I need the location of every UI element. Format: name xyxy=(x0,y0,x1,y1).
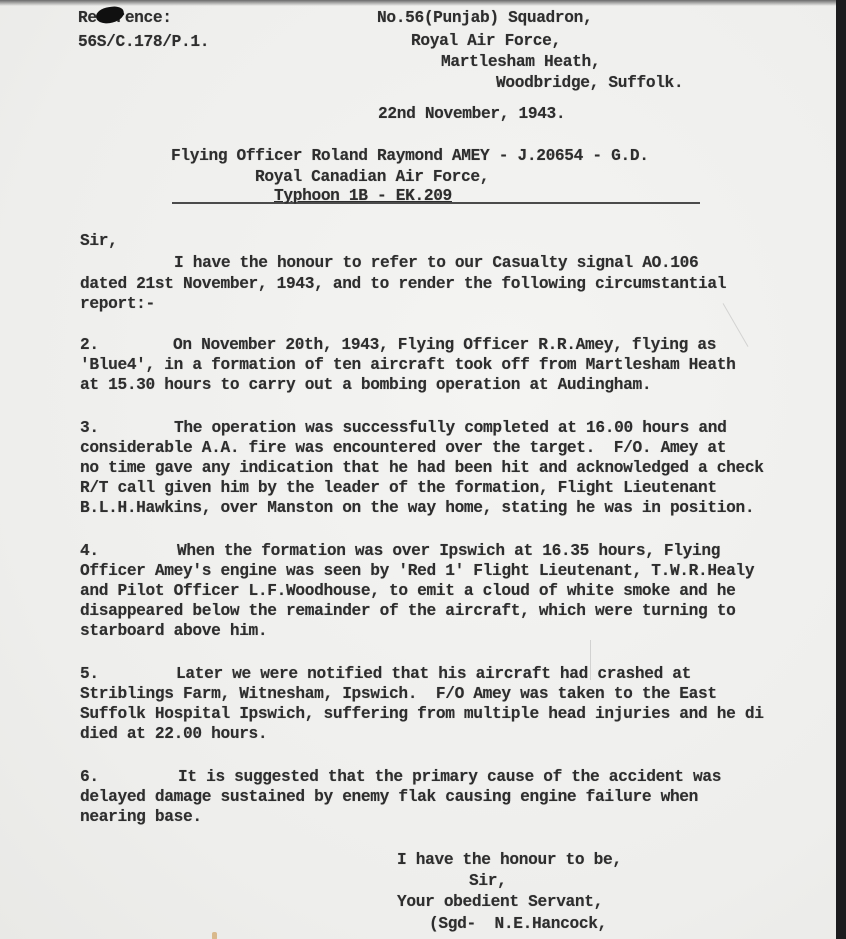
paragraph-5-line-4: died at 22.00 hours. xyxy=(80,724,267,745)
paragraph-4-line-3: and Pilot Officer L.F.Woodhouse, to emit… xyxy=(80,581,736,602)
intro-line-2: dated 21st November, 1943, and to render… xyxy=(80,274,726,295)
paragraph-2-line-2: 'Blue4', in a formation of ten aircraft … xyxy=(80,355,736,376)
scan-top-shadow xyxy=(0,0,836,6)
paragraph-4-line-5: starboard above him. xyxy=(80,621,267,642)
paragraph-number: 5. xyxy=(80,664,99,685)
intro-line-1: I have the honour to refer to our Casual… xyxy=(174,253,698,274)
intro-line-3: report:- xyxy=(80,294,155,315)
paragraph-4-line-1: When the formation was over Ipswich at 1… xyxy=(177,541,720,562)
sender-town: Woodbridge, Suffolk. xyxy=(496,73,683,94)
reference-label: Reference: xyxy=(78,8,172,29)
paragraph-5-line-1: Later we were notified that his aircraft… xyxy=(176,664,691,685)
paragraph-number: 4. xyxy=(80,541,99,562)
paragraph-3-line-3: no time gave any indication that he had … xyxy=(80,458,764,479)
paragraph-number: 6. xyxy=(80,767,99,788)
paragraph-6-line-3: nearing base. xyxy=(80,807,202,828)
closing-line-2: Sir, xyxy=(469,871,506,892)
subject-underline xyxy=(172,202,700,204)
salutation: Sir, xyxy=(80,231,117,252)
closing-line-1: I have the honour to be, xyxy=(397,850,622,871)
paper-crease xyxy=(590,640,591,680)
paragraph-2-line-3: at 15.30 hours to carry out a bombing op… xyxy=(80,375,651,396)
paragraph-3-line-5: B.L.H.Hawkins, over Manston on the way h… xyxy=(80,498,754,519)
paragraph-number: 2. xyxy=(80,335,99,356)
sender-station: Martlesham Heath, xyxy=(441,52,600,73)
sender-squadron: No.56(Punjab) Squadron, xyxy=(377,8,592,29)
typewritten-letter-page: Reference: 56S/C.178/P.1. No.56(Punjab) … xyxy=(0,0,836,939)
sender-service: Royal Air Force, xyxy=(411,31,561,52)
scan-right-edge xyxy=(836,0,846,939)
paragraph-6-line-2: delayed damage sustained by enemy flak c… xyxy=(80,787,698,808)
paragraph-2-line-1: On November 20th, 1943, Flying Officer R… xyxy=(173,335,716,356)
paper-crease xyxy=(723,303,749,347)
signature-line: (Sgd- N.E.Hancock, xyxy=(429,914,607,935)
letter-date: 22nd November, 1943. xyxy=(378,104,565,125)
paragraph-3-line-4: R/T call given him by the leader of the … xyxy=(80,478,717,499)
subject-service: Royal Canadian Air Force, xyxy=(255,167,489,188)
paragraph-4-line-4: disappeared below the remainder of the a… xyxy=(80,601,736,622)
subject-officer: Flying Officer Roland Raymond AMEY - J.2… xyxy=(171,146,649,167)
paragraph-3-line-2: considerable A.A. fire was encountered o… xyxy=(80,438,726,459)
paper-stain xyxy=(212,932,217,939)
paragraph-number: 3. xyxy=(80,418,99,439)
paragraph-5-line-2: Striblings Farm, Witnesham, Ipswich. F/O… xyxy=(80,684,717,705)
reference-number: 56S/C.178/P.1. xyxy=(78,32,209,53)
paragraph-6-line-1: It is suggested that the primary cause o… xyxy=(178,767,721,788)
paragraph-5-line-3: Suffolk Hospital Ipswich, suffering from… xyxy=(80,704,764,725)
closing-line-3: Your obedient Servant, xyxy=(397,892,603,913)
paragraph-4-line-2: Officer Amey's engine was seen by 'Red 1… xyxy=(80,561,754,582)
paragraph-3-line-1: The operation was successfully completed… xyxy=(174,418,726,439)
